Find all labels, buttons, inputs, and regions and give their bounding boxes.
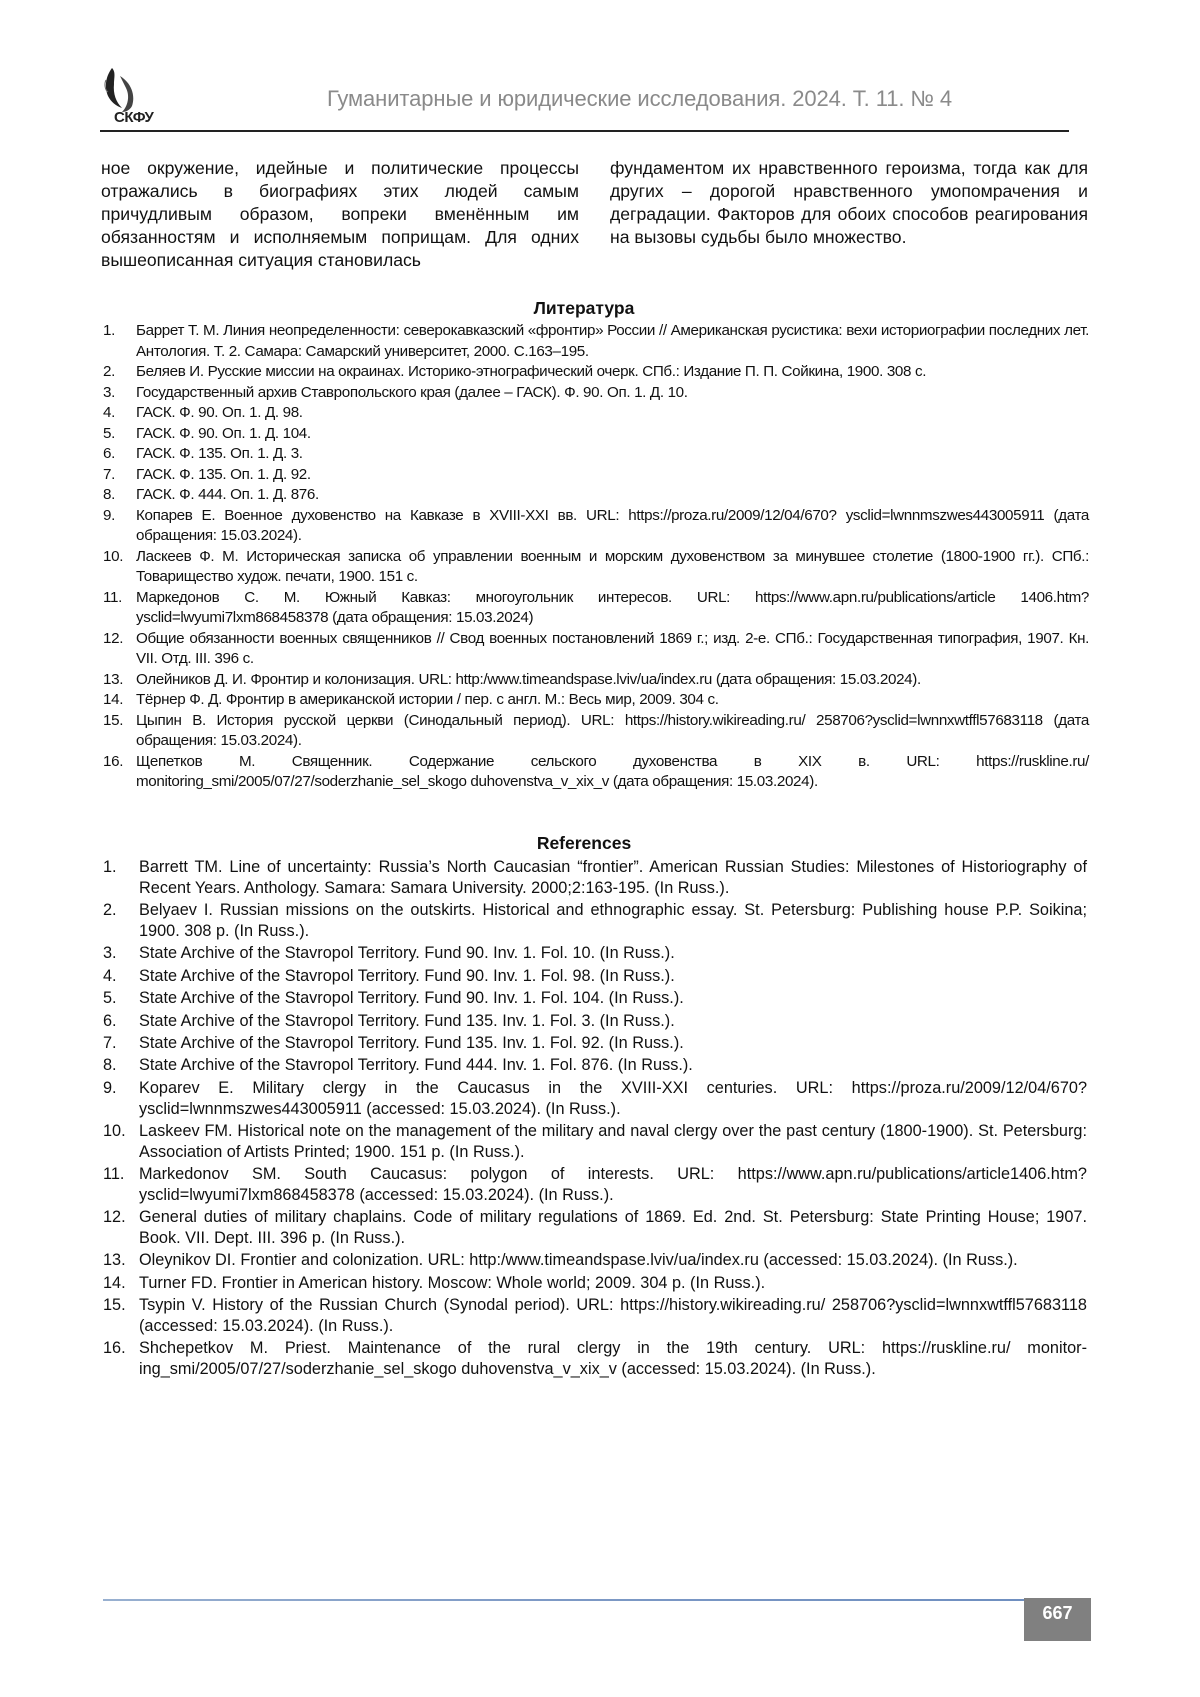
body-text-left-column: ное окружение, идейные и политические пр…: [101, 157, 579, 272]
reference-text: Barrett TM. Line of uncertainty: Russia’…: [139, 858, 1087, 897]
reference-number: 2.: [103, 362, 115, 383]
reference-text: State Archive of the Stavropol Territory…: [139, 944, 675, 962]
reference-item: 4.State Archive of the Stavropol Territo…: [103, 966, 1087, 987]
journal-title: Гуманитарные и юридические исследования.…: [327, 86, 952, 112]
body-text-right-column: фундаментом их нравственного героизма, т…: [610, 157, 1088, 249]
reference-number: 12.: [103, 629, 123, 650]
reference-item: 14.Тёрнер Ф. Д. Фронтир в американской и…: [103, 690, 1089, 711]
reference-item: 10.Ласкеев Ф. М. Историческая записка об…: [103, 547, 1089, 588]
reference-item: 15.Tsypin V. History of the Russian Chur…: [103, 1295, 1087, 1337]
reference-item: 16.Щепетков М. Священник. Содержание сел…: [103, 752, 1089, 793]
reference-text: Беляев И. Русские миссии на окраинах. Ис…: [136, 363, 926, 380]
reference-text: Markedonov SM. South Caucasus: polygon o…: [139, 1165, 1087, 1204]
reference-item: 2.Беляев И. Русские миссии на окраинах. …: [103, 362, 1089, 383]
reference-item: 13.Олейников Д. И. Фронтир и колонизация…: [103, 670, 1089, 691]
reference-text: Koparev E. Military clergy in the Caucas…: [139, 1079, 1087, 1118]
reference-item: 6.State Archive of the Stavropol Territo…: [103, 1011, 1087, 1032]
reference-text: Turner FD. Frontier in American history.…: [139, 1274, 765, 1292]
reference-item: 5.State Archive of the Stavropol Territo…: [103, 988, 1087, 1009]
reference-number: 6.: [103, 1011, 117, 1032]
reference-number: 6.: [103, 444, 115, 465]
reference-item: 9.Копарев Е. Военное духовенство на Кавк…: [103, 506, 1089, 547]
reference-text: Копарев Е. Военное духовенство на Кавказ…: [136, 507, 1089, 545]
references-list: 1.Barrett TM. Line of uncertainty: Russi…: [103, 857, 1087, 1382]
reference-item: 8.State Archive of the Stavropol Territo…: [103, 1055, 1087, 1076]
reference-text: Маркедонов С. М. Южный Кавказ: многоугол…: [136, 589, 1089, 627]
reference-item: 11.Markedonov SM. South Caucasus: polygo…: [103, 1164, 1087, 1206]
reference-item: 16.Shchepetkov M. Priest. Maintenance of…: [103, 1338, 1087, 1380]
reference-text: ГАСК. Ф. 135. Оп. 1. Д. 92.: [136, 466, 311, 483]
reference-item: 13.Oleynikov DI. Frontier and colonizati…: [103, 1250, 1087, 1271]
university-logo: СКФУ: [102, 66, 182, 128]
reference-text: Общие обязанности военных священников //…: [136, 630, 1089, 668]
reference-text: Баррет Т. М. Линия неопределенности: сев…: [136, 322, 1089, 360]
reference-number: 13.: [103, 1250, 126, 1271]
reference-number: 9.: [103, 1078, 117, 1099]
reference-item: 8.ГАСК. Ф. 444. Оп. 1. Д. 876.: [103, 485, 1089, 506]
literature-list: 1.Баррет Т. М. Линия неопределенности: с…: [103, 321, 1089, 793]
logo-text: СКФУ: [114, 109, 153, 126]
reference-text: ГАСК. Ф. 90. Оп. 1. Д. 98.: [136, 404, 303, 421]
reference-text: State Archive of the Stavropol Territory…: [139, 989, 684, 1007]
reference-text: Тёрнер Ф. Д. Фронтир в американской исто…: [136, 691, 719, 708]
reference-text: Государственный архив Ставропольского кр…: [136, 384, 688, 401]
reference-number: 13.: [103, 670, 123, 691]
reference-number: 16.: [103, 752, 123, 773]
page-header: СКФУ Гуманитарные и юридические исследов…: [100, 66, 1068, 130]
reference-number: 15.: [103, 711, 123, 732]
reference-number: 7.: [103, 1033, 117, 1054]
references-heading: References: [100, 833, 1068, 854]
reference-text: General duties of military chaplains. Co…: [139, 1208, 1087, 1247]
reference-number: 12.: [103, 1207, 126, 1228]
literature-heading: Литература: [100, 298, 1068, 319]
reference-text: ГАСК. Ф. 135. Оп. 1. Д. 3.: [136, 445, 303, 462]
reference-text: State Archive of the Stavropol Territory…: [139, 1056, 693, 1074]
reference-text: Shchepetkov M. Priest. Maintenance of th…: [139, 1339, 1087, 1378]
reference-number: 5.: [103, 424, 115, 445]
reference-text: ГАСК. Ф. 444. Оп. 1. Д. 876.: [136, 486, 319, 503]
reference-number: 9.: [103, 506, 115, 527]
reference-item: 3.State Archive of the Stavropol Territo…: [103, 943, 1087, 964]
reference-text: State Archive of the Stavropol Territory…: [139, 1012, 675, 1030]
reference-text: Laskeev FM. Historical note on the manag…: [139, 1122, 1087, 1161]
reference-number: 2.: [103, 900, 117, 921]
reference-text: Цыпин В. История русской церкви (Синодал…: [136, 712, 1089, 750]
reference-item: 1.Баррет Т. М. Линия неопределенности: с…: [103, 321, 1089, 362]
reference-number: 14.: [103, 690, 123, 711]
reference-text: Oleynikov DI. Frontier and colonization.…: [139, 1251, 1018, 1269]
reference-item: 6.ГАСК. Ф. 135. Оп. 1. Д. 3.: [103, 444, 1089, 465]
reference-item: 2.Belyaev I. Russian missions on the out…: [103, 900, 1087, 942]
page-number: 667: [1024, 1598, 1091, 1641]
reference-item: 12.Общие обязанности военных священников…: [103, 629, 1089, 670]
reference-number: 3.: [103, 383, 115, 404]
reference-number: 14.: [103, 1273, 126, 1294]
reference-number: 11.: [103, 1164, 124, 1185]
reference-number: 5.: [103, 988, 117, 1009]
reference-number: 4.: [103, 403, 115, 424]
reference-item: 4.ГАСК. Ф. 90. Оп. 1. Д. 98.: [103, 403, 1089, 424]
reference-number: 1.: [103, 321, 115, 342]
header-divider: [100, 130, 1069, 132]
reference-number: 4.: [103, 966, 117, 987]
reference-text: ГАСК. Ф. 90. Оп. 1. Д. 104.: [136, 425, 311, 442]
reference-number: 10.: [103, 1121, 126, 1142]
reference-item: 10.Laskeev FM. Historical note on the ma…: [103, 1121, 1087, 1163]
reference-text: Олейников Д. И. Фронтир и колонизация. U…: [136, 671, 921, 688]
reference-text: Ласкеев Ф. М. Историческая записка об уп…: [136, 548, 1089, 586]
reference-number: 3.: [103, 943, 117, 964]
reference-text: State Archive of the Stavropol Territory…: [139, 967, 675, 985]
reference-item: 11.Маркедонов С. М. Южный Кавказ: многоу…: [103, 588, 1089, 629]
reference-item: 3.Государственный архив Ставропольского …: [103, 383, 1089, 404]
reference-item: 1.Barrett TM. Line of uncertainty: Russi…: [103, 857, 1087, 899]
reference-item: 7.State Archive of the Stavropol Territo…: [103, 1033, 1087, 1054]
reference-item: 15.Цыпин В. История русской церкви (Сино…: [103, 711, 1089, 752]
reference-item: 12.General duties of military chaplains.…: [103, 1207, 1087, 1249]
reference-item: 5.ГАСК. Ф. 90. Оп. 1. Д. 104.: [103, 424, 1089, 445]
reference-item: 9.Koparev E. Military clergy in the Cauc…: [103, 1078, 1087, 1120]
reference-number: 1.: [103, 857, 117, 878]
reference-number: 10.: [103, 547, 123, 568]
reference-text: Belyaev I. Russian missions on the outsk…: [139, 901, 1087, 940]
reference-text: Tsypin V. History of the Russian Church …: [139, 1296, 1087, 1335]
reference-number: 8.: [103, 485, 115, 506]
reference-number: 11.: [103, 588, 122, 609]
reference-item: 7.ГАСК. Ф. 135. Оп. 1. Д. 92.: [103, 465, 1089, 486]
reference-item: 14.Turner FD. Frontier in American histo…: [103, 1273, 1087, 1294]
reference-number: 8.: [103, 1055, 117, 1076]
reference-number: 16.: [103, 1338, 126, 1359]
phoenix-wing-icon: [102, 66, 142, 112]
reference-number: 7.: [103, 465, 115, 486]
reference-text: State Archive of the Stavropol Territory…: [139, 1034, 684, 1052]
reference-number: 15.: [103, 1295, 126, 1316]
footer-divider: [103, 1599, 1024, 1601]
reference-text: Щепетков М. Священник. Содержание сельск…: [136, 753, 1089, 791]
